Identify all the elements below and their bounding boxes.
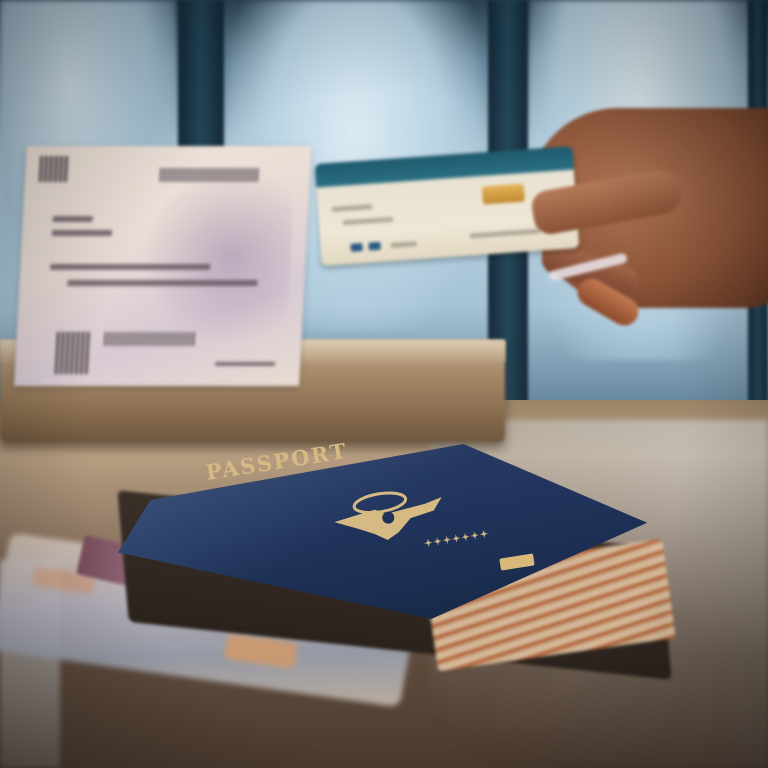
card-chip-icon (482, 184, 525, 205)
eagle-emblem-icon (326, 488, 446, 544)
card-text (343, 217, 393, 225)
card-logo-icon (350, 243, 363, 252)
text-line (67, 280, 257, 286)
barcode-icon (160, 168, 261, 182)
photo-scene: PASSPORT ✦✦✦✦✦✦✦ (0, 0, 768, 768)
text-line (215, 362, 275, 366)
text-line (53, 216, 93, 222)
card-text (470, 229, 540, 239)
boarding-pass (14, 146, 312, 386)
qr-code-icon (55, 332, 91, 374)
qr-code-icon (39, 156, 70, 182)
barcode-icon (104, 332, 195, 346)
text-line (50, 264, 210, 270)
card-text (390, 241, 416, 248)
text-line (52, 230, 112, 236)
boarding-pass-map (136, 166, 295, 346)
card-logo-icon (368, 242, 381, 251)
card-text (332, 204, 372, 212)
